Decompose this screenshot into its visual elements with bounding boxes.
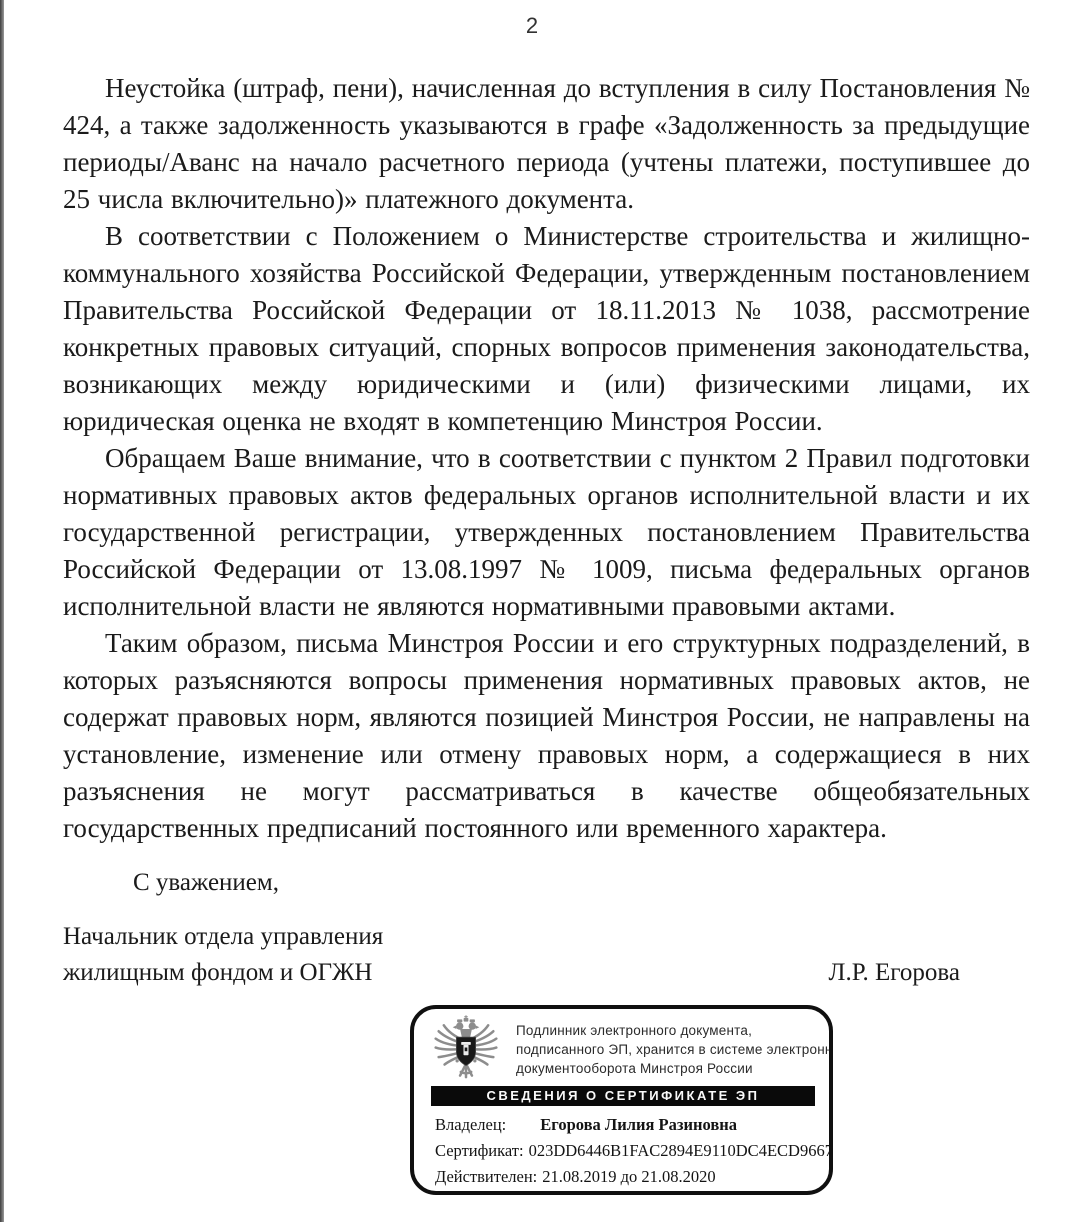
minstroy-eagle-emblem-icon xyxy=(426,1015,506,1083)
letter-body: Неустойка (штраф, пени), начисленная до … xyxy=(63,70,1030,1195)
validity-label: Действителен: xyxy=(435,1167,537,1186)
paragraph: Таким образом, письма Минстроя России и … xyxy=(63,625,1030,847)
validity-value: 21.08.2019 до 21.08.2020 xyxy=(542,1167,715,1186)
paragraph: Обращаем Ваше внимание, что в соответств… xyxy=(63,440,1030,625)
certificate-validity-row: Действителен:21.08.2019 до 21.08.2020 xyxy=(435,1164,821,1190)
signer-title-line1: Начальник отдела управления xyxy=(63,919,383,955)
signer-title-line2: жилищным фондом и ОГЖН xyxy=(63,955,383,991)
paragraph: В соответствии с Положением о Министерст… xyxy=(63,218,1030,440)
signer-title: Начальник отдела управления жилищным фон… xyxy=(63,919,383,991)
stamp-header-text: Подлинник электронного документа, подпис… xyxy=(516,1021,833,1078)
owner-name: Егорова Лилия Разиновна xyxy=(540,1115,737,1134)
stamp-header-line3: документооборота Минстроя России xyxy=(516,1059,833,1078)
certificate-label: Сертификат: xyxy=(435,1141,524,1160)
scan-edge-line xyxy=(0,0,4,1222)
owner-label: Владелец: xyxy=(435,1115,506,1134)
closing-salutation: С уважением, xyxy=(133,865,1030,901)
certificate-details: Владелец:Егорова Лилия Разиновна Сертифи… xyxy=(414,1106,829,1190)
certificate-value: 023DD6446B1FAC2894E9110DC4ECD96672 xyxy=(529,1141,833,1160)
electronic-signature-stamp: Подлинник электронного документа, подпис… xyxy=(410,1005,833,1195)
stamp-header-line2: подписанного ЭП, хранится в системе элек… xyxy=(516,1040,833,1059)
page-number: 2 xyxy=(0,13,1064,39)
stamp-header-row: Подлинник электронного документа, подпис… xyxy=(414,1009,829,1083)
signature-block: Начальник отдела управления жилищным фон… xyxy=(63,919,1030,991)
certificate-owner-row: Владелец:Егорова Лилия Разиновна xyxy=(435,1112,821,1138)
certificate-number-row: Сертификат:023DD6446B1FAC2894E9110DC4ECD… xyxy=(435,1138,821,1164)
paragraph: Неустойка (штраф, пени), начисленная до … xyxy=(63,70,1030,218)
signer-name: Л.Р. Егорова xyxy=(829,955,960,991)
certificate-banner: СВЕДЕНИЯ О СЕРТИФИКАТЕ ЭП xyxy=(431,1086,815,1106)
stamp-header-line1: Подлинник электронного документа, xyxy=(516,1021,833,1040)
